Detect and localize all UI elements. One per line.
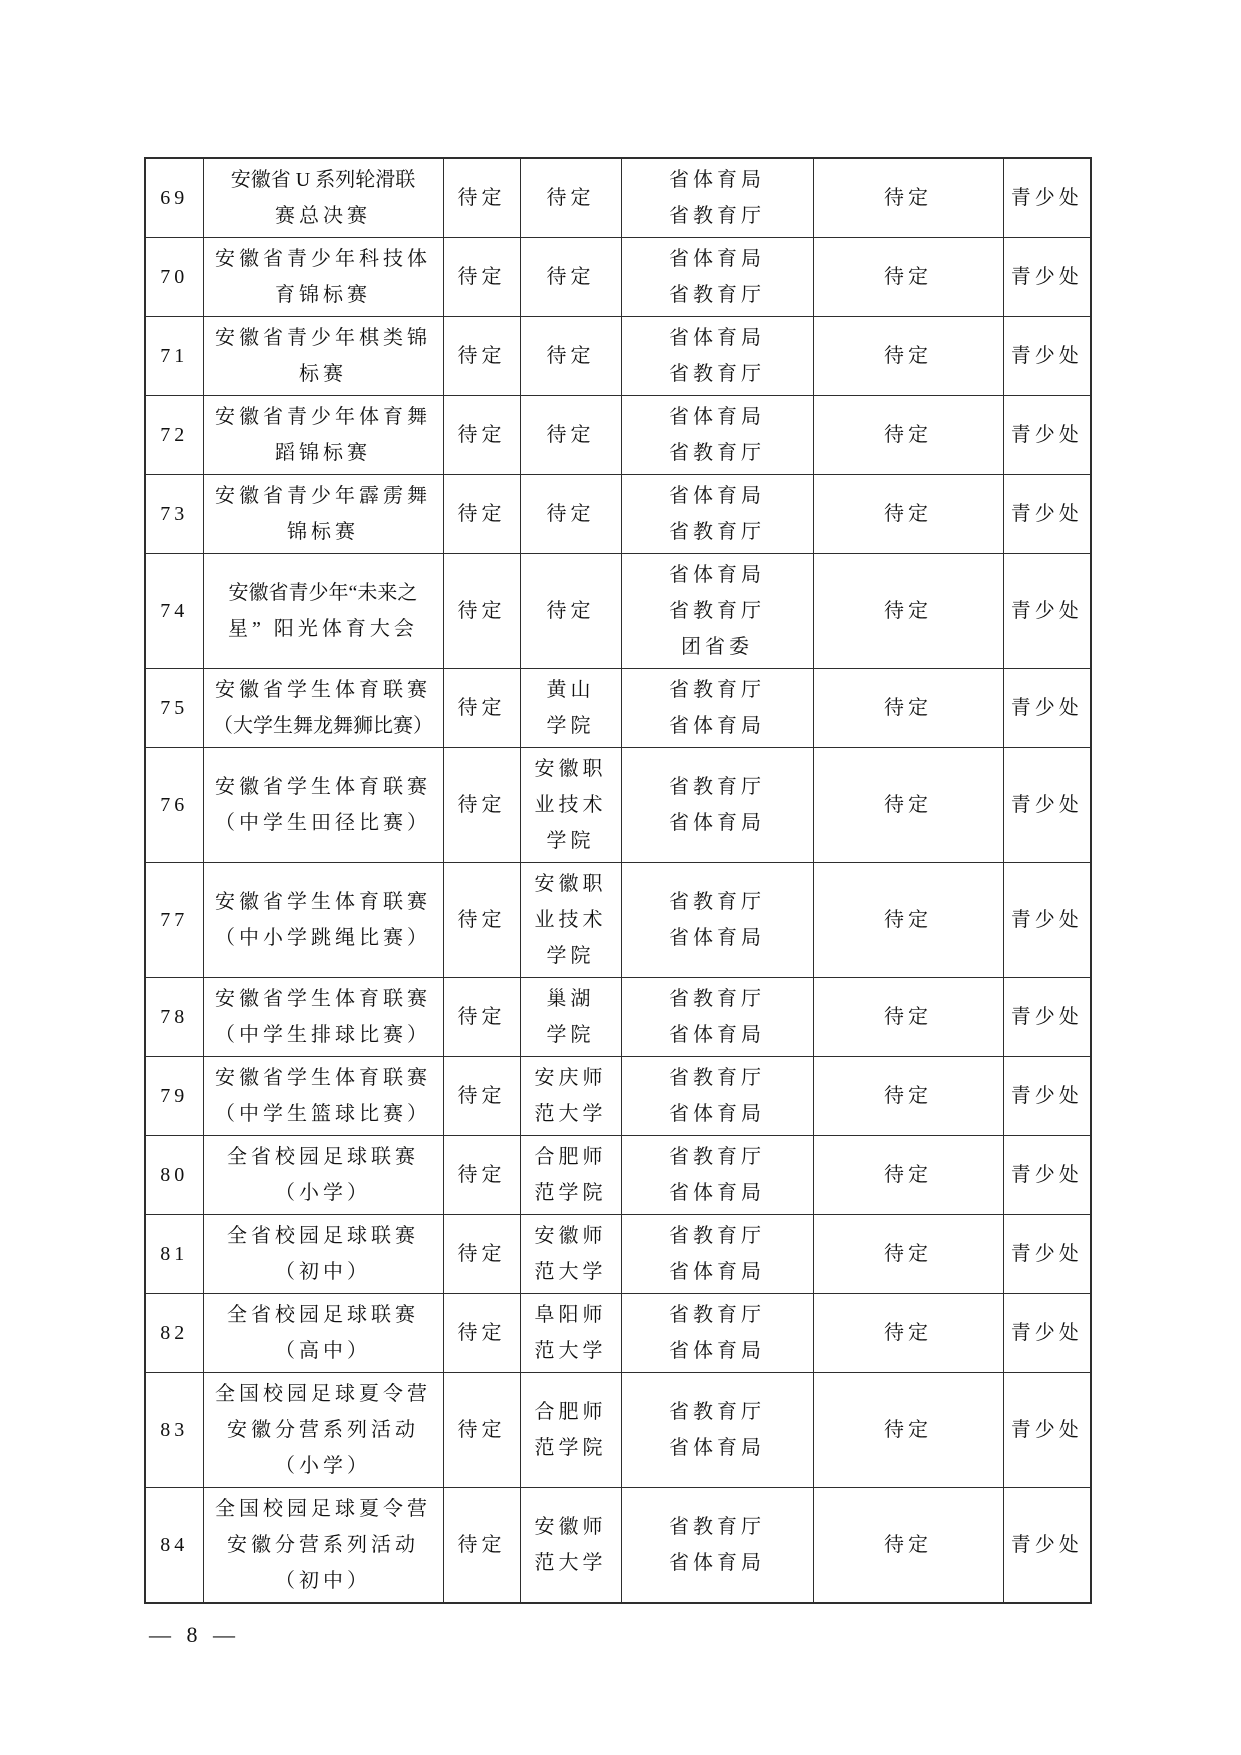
note-cell: 待定: [813, 554, 1003, 669]
cell-text: 青少处: [1008, 417, 1087, 453]
cell-text: 待定: [818, 690, 999, 726]
department-cell: 青少处: [1003, 475, 1091, 554]
row-number-cell: 80: [145, 1136, 203, 1215]
cell-text-line: 星” 阳光体育大会: [208, 611, 439, 647]
event-time-cell: 待定: [443, 863, 520, 978]
cell-text-line: 省教育厅: [626, 884, 809, 920]
table-row: 74安徽省青少年“未来之星” 阳光体育大会待定待定省体育局省教育厅团省委待定青少…: [145, 554, 1091, 669]
cell-text: 待定: [448, 690, 516, 726]
cell-text-line: 安徽省学生体育联赛: [208, 769, 439, 805]
organizer-cell: 省教育厅省体育局: [621, 978, 813, 1057]
cell-text: 青少处: [1008, 1315, 1087, 1351]
event-time-cell: 待定: [443, 475, 520, 554]
department-cell: 青少处: [1003, 238, 1091, 317]
note-cell: 待定: [813, 317, 1003, 396]
organizer-cell: 省教育厅省体育局: [621, 1136, 813, 1215]
cell-text-line: （中小学跳绳比赛）: [208, 920, 439, 956]
cell-text-line: 省体育局: [626, 1545, 809, 1581]
organizer-cell: 省教育厅省体育局: [621, 1373, 813, 1488]
cell-text: 待定: [448, 496, 516, 532]
cell-text-line: 省体育局: [626, 1017, 809, 1053]
events-table-body: 69安徽省 U 系列轮滑联赛总决赛待定待定省体育局省教育厅待定青少处70安徽省青…: [145, 158, 1091, 1603]
cell-text-line: 安徽分营系列活动: [208, 1527, 439, 1563]
row-number-cell: 78: [145, 978, 203, 1057]
event-name-cell: 安徽省学生体育联赛（中学生田径比赛）: [203, 748, 443, 863]
cell-text-line: 合肥师: [525, 1139, 617, 1175]
cell-text-line: 范大学: [525, 1096, 617, 1132]
cell-text: 75: [150, 690, 199, 726]
cell-text: 青少处: [1008, 690, 1087, 726]
row-number-cell: 82: [145, 1294, 203, 1373]
cell-text: 待定: [818, 338, 999, 374]
cell-text-line: 锦标赛: [208, 514, 439, 550]
event-venue-cell: 合肥师范学院: [520, 1136, 621, 1215]
cell-text-line: 省教育厅: [626, 672, 809, 708]
cell-text: 青少处: [1008, 1236, 1087, 1272]
table-row: 69安徽省 U 系列轮滑联赛总决赛待定待定省体育局省教育厅待定青少处: [145, 158, 1091, 238]
cell-text-line: 全省校园足球联赛: [208, 1139, 439, 1175]
cell-text-line: （中学生篮球比赛）: [208, 1096, 439, 1132]
event-name-cell: 安徽省学生体育联赛（中学生排球比赛）: [203, 978, 443, 1057]
cell-text: 待定: [818, 1412, 999, 1448]
cell-text-line: 育锦标赛: [208, 277, 439, 313]
cell-text: 待定: [448, 1236, 516, 1272]
cell-text-line: 待定: [525, 338, 617, 374]
document-page: 69安徽省 U 系列轮滑联赛总决赛待定待定省体育局省教育厅待定青少处70安徽省青…: [0, 0, 1241, 1755]
row-number-cell: 77: [145, 863, 203, 978]
cell-text-line: 待定: [525, 593, 617, 629]
cell-text-line: 省教育厅: [626, 769, 809, 805]
cell-text-line: 省教育厅: [626, 198, 809, 234]
event-venue-cell: 待定: [520, 554, 621, 669]
cell-text-line: 省体育局: [626, 805, 809, 841]
cell-text: 待定: [818, 787, 999, 823]
row-number-cell: 72: [145, 396, 203, 475]
cell-text-line: 待定: [525, 180, 617, 216]
cell-text: 待定: [448, 1078, 516, 1114]
cell-text-line: 标赛: [208, 356, 439, 392]
organizer-cell: 省教育厅省体育局: [621, 1488, 813, 1604]
event-time-cell: 待定: [443, 1373, 520, 1488]
cell-text: 待定: [818, 180, 999, 216]
cell-text: 待定: [818, 902, 999, 938]
note-cell: 待定: [813, 396, 1003, 475]
note-cell: 待定: [813, 1215, 1003, 1294]
department-cell: 青少处: [1003, 158, 1091, 238]
note-cell: 待定: [813, 1373, 1003, 1488]
cell-text-line: 安徽省学生体育联赛: [208, 1060, 439, 1096]
table-row: 73安徽省青少年霹雳舞锦标赛待定待定省体育局省教育厅待定青少处: [145, 475, 1091, 554]
event-time-cell: 待定: [443, 158, 520, 238]
event-venue-cell: 巢湖学院: [520, 978, 621, 1057]
table-row: 77安徽省学生体育联赛（中小学跳绳比赛）待定安徽职业技术学院省教育厅省体育局待定…: [145, 863, 1091, 978]
cell-text-line: 安徽师: [525, 1218, 617, 1254]
department-cell: 青少处: [1003, 1215, 1091, 1294]
cell-text-line: 省教育厅: [626, 277, 809, 313]
cell-text: 青少处: [1008, 1527, 1087, 1563]
table-row: 72安徽省青少年体育舞蹈锦标赛待定待定省体育局省教育厅待定青少处: [145, 396, 1091, 475]
cell-text: 青少处: [1008, 338, 1087, 374]
cell-text-line: 省体育局: [626, 708, 809, 744]
cell-text-line: 学院: [525, 938, 617, 974]
cell-text-line: 省体育局: [626, 399, 809, 435]
cell-text-line: （中学生排球比赛）: [208, 1017, 439, 1053]
event-name-cell: 安徽省青少年棋类锦标赛: [203, 317, 443, 396]
organizer-cell: 省教育厅省体育局: [621, 863, 813, 978]
table-row: 83全国校园足球夏令营安徽分营系列活动（小学）待定合肥师范学院省教育厅省体育局待…: [145, 1373, 1091, 1488]
table-row: 75安徽省学生体育联赛（大学生舞龙舞狮比赛）待定黄山学院省教育厅省体育局待定青少…: [145, 669, 1091, 748]
cell-text-line: 阜阳师: [525, 1297, 617, 1333]
cell-text-line: 范学院: [525, 1430, 617, 1466]
event-venue-cell: 待定: [520, 317, 621, 396]
cell-text: 待定: [448, 259, 516, 295]
note-cell: 待定: [813, 1057, 1003, 1136]
organizer-cell: 省体育局省教育厅: [621, 396, 813, 475]
cell-text-line: 全省校园足球联赛: [208, 1297, 439, 1333]
cell-text: 71: [150, 338, 199, 374]
cell-text-line: 安徽省青少年棋类锦: [208, 320, 439, 356]
cell-text: 84: [150, 1527, 199, 1563]
cell-text: 79: [150, 1078, 199, 1114]
cell-text: 待定: [448, 1157, 516, 1193]
cell-text-line: 省体育局: [626, 162, 809, 198]
cell-text: 待定: [448, 180, 516, 216]
department-cell: 青少处: [1003, 1136, 1091, 1215]
row-number-cell: 74: [145, 554, 203, 669]
cell-text: 待定: [818, 1236, 999, 1272]
cell-text-line: 待定: [525, 417, 617, 453]
cell-text-line: 省教育厅: [626, 1060, 809, 1096]
cell-text: 69: [150, 180, 199, 216]
cell-text: 70: [150, 259, 199, 295]
cell-text-line: 范大学: [525, 1254, 617, 1290]
cell-text-line: （初中）: [208, 1254, 439, 1290]
department-cell: 青少处: [1003, 317, 1091, 396]
row-number-cell: 69: [145, 158, 203, 238]
event-venue-cell: 阜阳师范大学: [520, 1294, 621, 1373]
event-name-cell: 安徽省学生体育联赛（中学生篮球比赛）: [203, 1057, 443, 1136]
table-row: 76安徽省学生体育联赛（中学生田径比赛）待定安徽职业技术学院省教育厅省体育局待定…: [145, 748, 1091, 863]
cell-text-line: 赛总决赛: [208, 198, 439, 234]
row-number-cell: 83: [145, 1373, 203, 1488]
event-name-cell: 安徽省 U 系列轮滑联赛总决赛: [203, 158, 443, 238]
cell-text-line: 范大学: [525, 1545, 617, 1581]
department-cell: 青少处: [1003, 554, 1091, 669]
events-table: 69安徽省 U 系列轮滑联赛总决赛待定待定省体育局省教育厅待定青少处70安徽省青…: [144, 157, 1092, 1604]
organizer-cell: 省体育局省教育厅: [621, 317, 813, 396]
event-name-cell: 安徽省学生体育联赛（中小学跳绳比赛）: [203, 863, 443, 978]
table-row: 84全国校园足球夏令营安徽分营系列活动（初中）待定安徽师范大学省教育厅省体育局待…: [145, 1488, 1091, 1604]
cell-text: 待定: [448, 1527, 516, 1563]
organizer-cell: 省体育局省教育厅: [621, 475, 813, 554]
event-venue-cell: 安徽职业技术学院: [520, 748, 621, 863]
cell-text-line: 巢湖: [525, 981, 617, 1017]
cell-text-line: （大学生舞龙舞狮比赛）: [208, 708, 439, 744]
event-venue-cell: 安徽职业技术学院: [520, 863, 621, 978]
cell-text-line: 业技术: [525, 902, 617, 938]
cell-text-line: （高中）: [208, 1333, 439, 1369]
cell-text-line: 省体育局: [626, 1333, 809, 1369]
cell-text: 青少处: [1008, 1157, 1087, 1193]
cell-text-line: 团省委: [626, 629, 809, 665]
cell-text-line: 省教育厅: [626, 1394, 809, 1430]
cell-text-line: 省教育厅: [626, 593, 809, 629]
event-name-cell: 全国校园足球夏令营安徽分营系列活动（小学）: [203, 1373, 443, 1488]
note-cell: 待定: [813, 669, 1003, 748]
page-number: — 8 —: [149, 1622, 237, 1648]
cell-text-line: 全国校园足球夏令营: [208, 1491, 439, 1527]
cell-text-line: 安徽省学生体育联赛: [208, 672, 439, 708]
note-cell: 待定: [813, 238, 1003, 317]
event-time-cell: 待定: [443, 1057, 520, 1136]
cell-text-line: 省教育厅: [626, 1139, 809, 1175]
row-number-cell: 73: [145, 475, 203, 554]
cell-text: 待定: [448, 593, 516, 629]
event-time-cell: 待定: [443, 554, 520, 669]
cell-text-line: 省体育局: [626, 478, 809, 514]
cell-text: 待定: [448, 902, 516, 938]
cell-text: 待定: [818, 417, 999, 453]
note-cell: 待定: [813, 978, 1003, 1057]
table-row: 71安徽省青少年棋类锦标赛待定待定省体育局省教育厅待定青少处: [145, 317, 1091, 396]
cell-text: 青少处: [1008, 902, 1087, 938]
event-time-cell: 待定: [443, 669, 520, 748]
event-venue-cell: 黄山学院: [520, 669, 621, 748]
cell-text: 80: [150, 1157, 199, 1193]
cell-text-line: 省体育局: [626, 1430, 809, 1466]
row-number-cell: 84: [145, 1488, 203, 1604]
cell-text: 青少处: [1008, 787, 1087, 823]
cell-text-line: 安徽师: [525, 1509, 617, 1545]
department-cell: 青少处: [1003, 669, 1091, 748]
cell-text-line: 安徽职: [525, 751, 617, 787]
event-time-cell: 待定: [443, 748, 520, 863]
cell-text: 青少处: [1008, 496, 1087, 532]
cell-text: 待定: [818, 1157, 999, 1193]
cell-text-line: 省体育局: [626, 1096, 809, 1132]
cell-text-line: 省教育厅: [626, 435, 809, 471]
department-cell: 青少处: [1003, 1294, 1091, 1373]
event-time-cell: 待定: [443, 1136, 520, 1215]
table-row: 78安徽省学生体育联赛（中学生排球比赛）待定巢湖学院省教育厅省体育局待定青少处: [145, 978, 1091, 1057]
note-cell: 待定: [813, 748, 1003, 863]
cell-text: 待定: [448, 1412, 516, 1448]
event-time-cell: 待定: [443, 317, 520, 396]
row-number-cell: 76: [145, 748, 203, 863]
cell-text: 77: [150, 902, 199, 938]
cell-text-line: 学院: [525, 1017, 617, 1053]
row-number-cell: 75: [145, 669, 203, 748]
cell-text-line: （小学）: [208, 1175, 439, 1211]
event-venue-cell: 待定: [520, 238, 621, 317]
cell-text: 78: [150, 999, 199, 1035]
event-time-cell: 待定: [443, 238, 520, 317]
organizer-cell: 省体育局省教育厅: [621, 158, 813, 238]
event-venue-cell: 安徽师范大学: [520, 1215, 621, 1294]
event-venue-cell: 安庆师范大学: [520, 1057, 621, 1136]
cell-text-line: 省体育局: [626, 920, 809, 956]
organizer-cell: 省教育厅省体育局: [621, 748, 813, 863]
cell-text-line: 省体育局: [626, 241, 809, 277]
event-time-cell: 待定: [443, 978, 520, 1057]
cell-text-line: 安徽省 U 系列轮滑联: [208, 162, 439, 198]
cell-text-line: 学院: [525, 708, 617, 744]
event-name-cell: 全国校园足球夏令营安徽分营系列活动（初中）: [203, 1488, 443, 1604]
event-time-cell: 待定: [443, 1294, 520, 1373]
row-number-cell: 71: [145, 317, 203, 396]
cell-text-line: 合肥师: [525, 1394, 617, 1430]
cell-text: 待定: [448, 417, 516, 453]
department-cell: 青少处: [1003, 1057, 1091, 1136]
cell-text: 青少处: [1008, 1412, 1087, 1448]
cell-text-line: 省教育厅: [626, 514, 809, 550]
cell-text-line: （初中）: [208, 1563, 439, 1599]
cell-text: 76: [150, 787, 199, 823]
event-name-cell: 安徽省青少年科技体育锦标赛: [203, 238, 443, 317]
cell-text-line: 安徽省青少年“未来之: [208, 575, 439, 611]
cell-text: 82: [150, 1315, 199, 1351]
cell-text-line: 省教育厅: [626, 981, 809, 1017]
cell-text: 待定: [448, 787, 516, 823]
event-name-cell: 全省校园足球联赛（初中）: [203, 1215, 443, 1294]
event-venue-cell: 待定: [520, 475, 621, 554]
event-time-cell: 待定: [443, 396, 520, 475]
cell-text-line: 安徽省学生体育联赛: [208, 981, 439, 1017]
cell-text: 待定: [818, 999, 999, 1035]
cell-text-line: 蹈锦标赛: [208, 435, 439, 471]
cell-text: 待定: [818, 496, 999, 532]
cell-text: 青少处: [1008, 999, 1087, 1035]
cell-text-line: （小学）: [208, 1448, 439, 1484]
cell-text: 待定: [448, 999, 516, 1035]
department-cell: 青少处: [1003, 1373, 1091, 1488]
organizer-cell: 省体育局省教育厅团省委: [621, 554, 813, 669]
organizer-cell: 省体育局省教育厅: [621, 238, 813, 317]
cell-text-line: 省体育局: [626, 557, 809, 593]
note-cell: 待定: [813, 1136, 1003, 1215]
department-cell: 青少处: [1003, 863, 1091, 978]
cell-text: 待定: [818, 1315, 999, 1351]
event-name-cell: 安徽省青少年体育舞蹈锦标赛: [203, 396, 443, 475]
cell-text-line: 安徽省学生体育联赛: [208, 884, 439, 920]
organizer-cell: 省教育厅省体育局: [621, 1215, 813, 1294]
cell-text-line: 省教育厅: [626, 1297, 809, 1333]
department-cell: 青少处: [1003, 748, 1091, 863]
table-row: 80全省校园足球联赛（小学）待定合肥师范学院省教育厅省体育局待定青少处: [145, 1136, 1091, 1215]
cell-text: 待定: [448, 1315, 516, 1351]
cell-text: 83: [150, 1412, 199, 1448]
cell-text: 青少处: [1008, 259, 1087, 295]
cell-text-line: 省教育厅: [626, 1509, 809, 1545]
cell-text-line: 省体育局: [626, 320, 809, 356]
cell-text-line: （中学生田径比赛）: [208, 805, 439, 841]
cell-text-line: 省体育局: [626, 1175, 809, 1211]
department-cell: 青少处: [1003, 978, 1091, 1057]
event-name-cell: 安徽省青少年霹雳舞锦标赛: [203, 475, 443, 554]
note-cell: 待定: [813, 1488, 1003, 1604]
cell-text-line: 学院: [525, 823, 617, 859]
cell-text: 待定: [818, 1527, 999, 1563]
cell-text-line: 安徽职: [525, 866, 617, 902]
table-row: 79安徽省学生体育联赛（中学生篮球比赛）待定安庆师范大学省教育厅省体育局待定青少…: [145, 1057, 1091, 1136]
cell-text: 待定: [818, 259, 999, 295]
cell-text: 待定: [448, 338, 516, 374]
cell-text-line: 安庆师: [525, 1060, 617, 1096]
cell-text-line: 省教育厅: [626, 1218, 809, 1254]
row-number-cell: 79: [145, 1057, 203, 1136]
note-cell: 待定: [813, 158, 1003, 238]
organizer-cell: 省教育厅省体育局: [621, 1057, 813, 1136]
organizer-cell: 省教育厅省体育局: [621, 1294, 813, 1373]
event-name-cell: 安徽省青少年“未来之星” 阳光体育大会: [203, 554, 443, 669]
cell-text-line: 省体育局: [626, 1254, 809, 1290]
event-name-cell: 全省校园足球联赛（小学）: [203, 1136, 443, 1215]
cell-text-line: 待定: [525, 496, 617, 532]
table-row: 81全省校园足球联赛（初中）待定安徽师范大学省教育厅省体育局待定青少处: [145, 1215, 1091, 1294]
cell-text-line: 安徽分营系列活动: [208, 1412, 439, 1448]
cell-text-line: 省教育厅: [626, 356, 809, 392]
row-number-cell: 70: [145, 238, 203, 317]
table-row: 70安徽省青少年科技体育锦标赛待定待定省体育局省教育厅待定青少处: [145, 238, 1091, 317]
row-number-cell: 81: [145, 1215, 203, 1294]
cell-text: 待定: [818, 1078, 999, 1114]
cell-text: 74: [150, 593, 199, 629]
note-cell: 待定: [813, 863, 1003, 978]
cell-text-line: 全国校园足球夏令营: [208, 1376, 439, 1412]
cell-text: 青少处: [1008, 1078, 1087, 1114]
cell-text-line: 全省校园足球联赛: [208, 1218, 439, 1254]
cell-text-line: 黄山: [525, 672, 617, 708]
note-cell: 待定: [813, 475, 1003, 554]
department-cell: 青少处: [1003, 396, 1091, 475]
cell-text-line: 安徽省青少年霹雳舞: [208, 478, 439, 514]
event-venue-cell: 合肥师范学院: [520, 1373, 621, 1488]
cell-text-line: 业技术: [525, 787, 617, 823]
table-row: 82全省校园足球联赛（高中）待定阜阳师范大学省教育厅省体育局待定青少处: [145, 1294, 1091, 1373]
cell-text: 73: [150, 496, 199, 532]
event-time-cell: 待定: [443, 1215, 520, 1294]
organizer-cell: 省教育厅省体育局: [621, 669, 813, 748]
cell-text-line: 范学院: [525, 1175, 617, 1211]
event-name-cell: 全省校园足球联赛（高中）: [203, 1294, 443, 1373]
department-cell: 青少处: [1003, 1488, 1091, 1604]
event-venue-cell: 待定: [520, 158, 621, 238]
note-cell: 待定: [813, 1294, 1003, 1373]
event-time-cell: 待定: [443, 1488, 520, 1604]
event-name-cell: 安徽省学生体育联赛（大学生舞龙舞狮比赛）: [203, 669, 443, 748]
cell-text: 81: [150, 1236, 199, 1272]
event-venue-cell: 安徽师范大学: [520, 1488, 621, 1604]
cell-text: 青少处: [1008, 180, 1087, 216]
cell-text: 待定: [818, 593, 999, 629]
cell-text: 青少处: [1008, 593, 1087, 629]
event-venue-cell: 待定: [520, 396, 621, 475]
cell-text-line: 待定: [525, 259, 617, 295]
cell-text: 72: [150, 417, 199, 453]
cell-text-line: 范大学: [525, 1333, 617, 1369]
cell-text-line: 安徽省青少年体育舞: [208, 399, 439, 435]
cell-text-line: 安徽省青少年科技体: [208, 241, 439, 277]
